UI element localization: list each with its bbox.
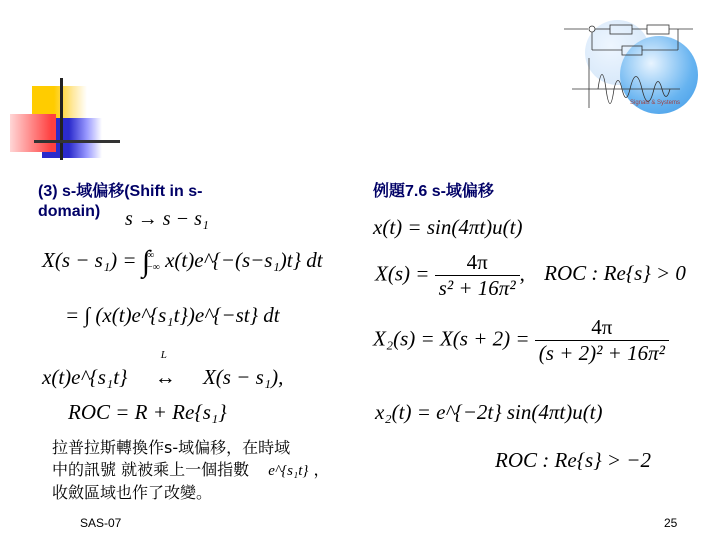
integral-limits: ∞−∞: [147, 250, 160, 274]
logo-vertical-line: [60, 78, 63, 160]
example-X-s: X(s) = 4πs² + 16π², ROC : Re{s} > 0: [375, 250, 686, 301]
laplace-label: L: [161, 349, 167, 361]
note-line2-end: ，: [313, 460, 329, 479]
roc-right: ROC : Re{s} > −2: [495, 448, 651, 473]
eq1-rhs: x(t)e^{−(s−s₁)t} dt: [165, 248, 323, 272]
X2-fraction: 4π(s + 2)² + 16π²: [535, 315, 669, 366]
page-number: 25: [664, 516, 677, 530]
eq1-lhs: X(s − s₁) =: [42, 248, 137, 272]
X2-denominator: (s + 2)² + 16π²: [535, 341, 669, 366]
footer-label: SAS-07: [80, 516, 121, 530]
bidirectional-arrow-icon: ↔L: [155, 365, 176, 390]
note-line2: 中的訊號 就被乘上一個指數 e^{s₁t} ，: [52, 459, 330, 482]
note-line2-text: 中的訊號 就被乘上一個指數: [52, 460, 249, 479]
roc-left: ROC = R + Re{s₁}: [68, 400, 227, 425]
example-x2-t: x₂(t) = e^{−2t} sin(4πt)u(t): [375, 400, 603, 425]
svg-text:Signals & Systems: Signals & Systems: [630, 100, 680, 106]
X-s-lhs: X(s) =: [375, 261, 429, 285]
pair-rhs: X(s − s₁),: [203, 365, 283, 389]
explanation-note: 拉普拉斯轉換作s-域偏移，在時域 中的訊號 就被乘上一個指數 e^{s₁t} ，…: [52, 437, 330, 504]
example-x-t: x(t) = sin(4πt)u(t): [373, 215, 522, 240]
block-diagram-icon: Signals & Systems: [560, 0, 720, 130]
equation-1: X(s − s₁) = ∫∞−∞ x(t)e^{−(s−s₁)t} dt: [42, 245, 323, 279]
pair-lhs: x(t)e^{s₁t}: [42, 365, 127, 389]
X-s-numerator: 4π: [435, 250, 520, 276]
transform-pair: x(t)e^{s₁t} ↔L X(s − s₁),: [42, 365, 283, 390]
X-s-fraction: 4πs² + 16π²: [435, 250, 520, 301]
shift-mapping: s → s − s₁: [125, 208, 209, 231]
X-s-roc: ROC : Re{s} > 0: [544, 261, 686, 285]
X2-numerator: 4π: [535, 315, 669, 341]
X2-s-lhs: X₂(s) = X(s + 2) =: [373, 326, 530, 350]
logo-horizontal-line: [34, 140, 120, 143]
note-line3: 收斂區域也作了改變。: [52, 482, 330, 504]
left-heading-line1: (3) s-域偏移(Shift in s-: [38, 182, 202, 202]
equation-2: = ∫ (x(t)e^{s₁t})e^{−st} dt: [65, 303, 280, 328]
note-exponent: e^{s₁t}: [268, 463, 308, 479]
X-s-denominator: s² + 16π²: [435, 276, 520, 301]
logo-red-square: [10, 114, 56, 152]
note-line1: 拉普拉斯轉換作s-域偏移，在時域: [52, 437, 330, 459]
example-X2-s: X₂(s) = X(s + 2) = 4π(s + 2)² + 16π²: [373, 315, 669, 366]
right-heading: 例題7.6 s-域偏移: [373, 182, 494, 202]
